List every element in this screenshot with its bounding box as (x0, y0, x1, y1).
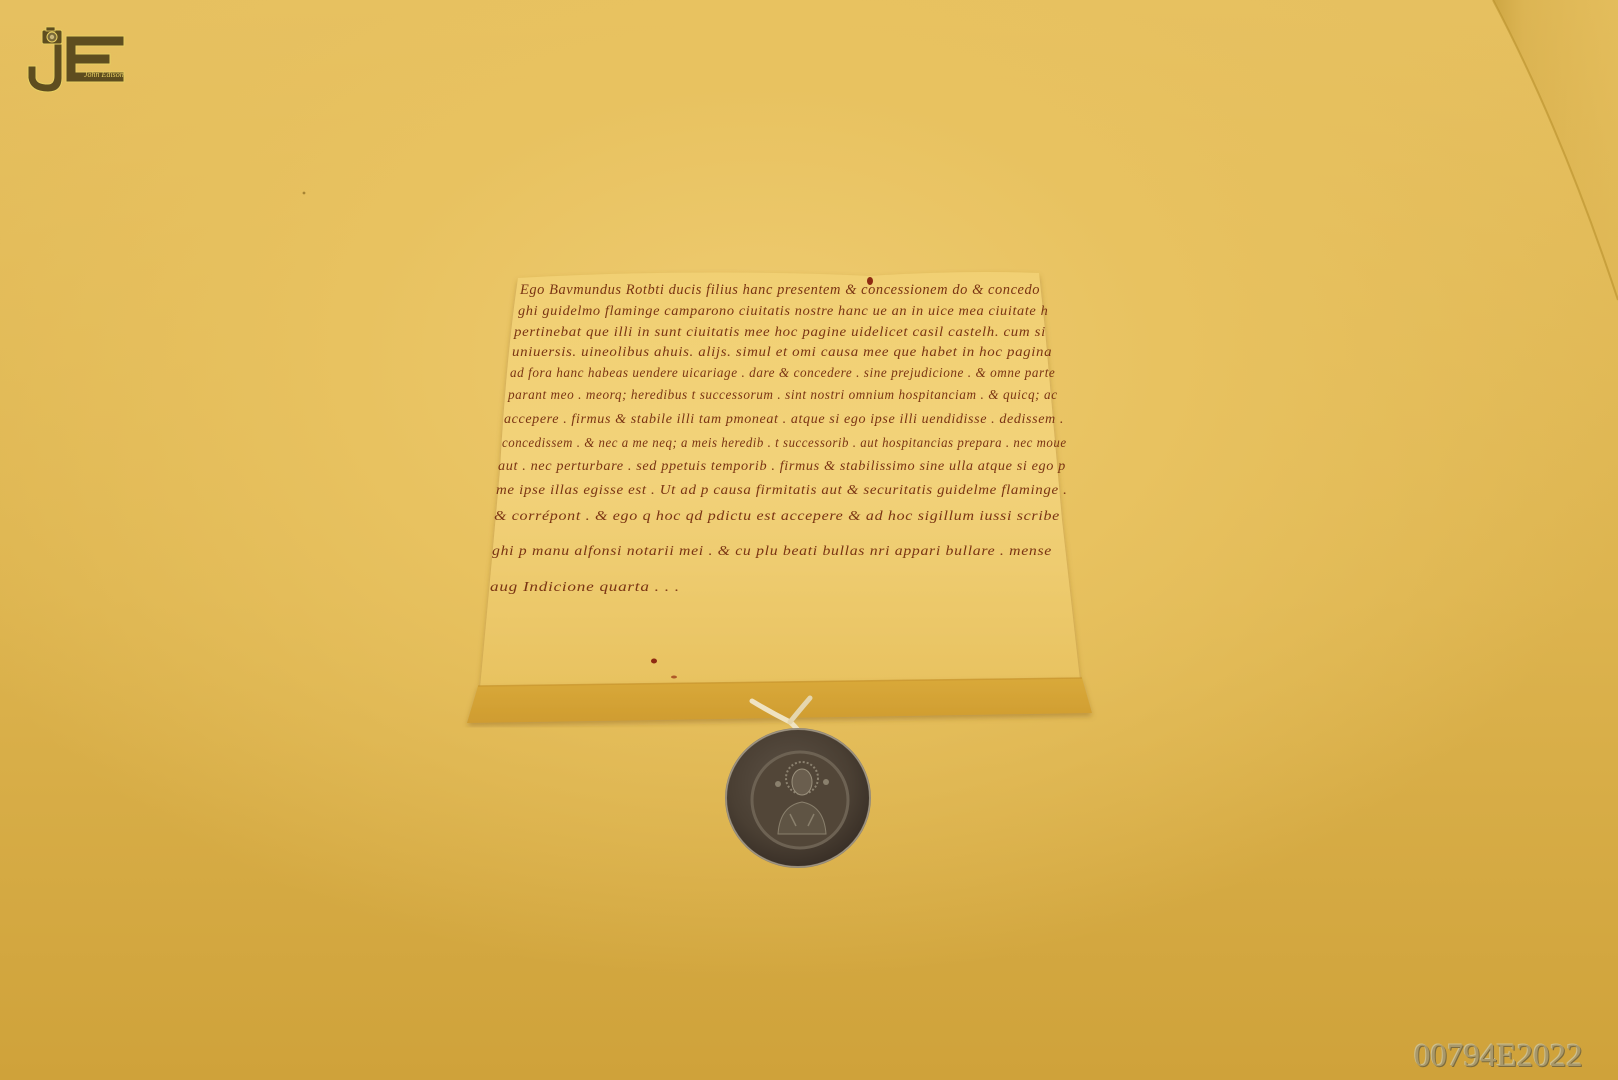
parchment-charter (0, 0, 1618, 1080)
text-line: ad fora hanc habeas uendere uicariage . … (510, 366, 1055, 382)
text-line: uniuersis. uineolibus ahuis. alijs. simu… (512, 345, 1052, 361)
text-line: parant meo . meorq; heredibus t successo… (508, 388, 1058, 404)
text-line: ghi p manu alfonsi notarii mei . & cu pl… (492, 544, 1052, 560)
text-line: ghi guidelmo flaminge camparono ciuitati… (518, 304, 1048, 320)
lead-seal (722, 722, 874, 870)
text-line: concedissem . & nec a me neq; a meis her… (502, 436, 1067, 452)
text-line: Ego Bavmundus Rotbti ducis filius hanc p… (520, 282, 1040, 299)
text-line: pertinebat que illi in sunt ciuitatis me… (514, 325, 1046, 341)
background-fold-shadow (0, 0, 1618, 1080)
text-line: aut . nec perturbare . sed ppetuis tempo… (498, 459, 1066, 475)
photo-id-watermark: 00794E2022 (1414, 1038, 1583, 1075)
logo-subtitle: John Edison (84, 70, 124, 79)
text-line: accepere . firmus & stabile illi tam pmo… (504, 412, 1064, 428)
text-line: aug Indicione quarta . . . (490, 580, 680, 596)
text-line: & corrépont . & ego q hoc qd pdictu est … (494, 509, 1060, 525)
photographer-logo: John Edison (26, 26, 130, 98)
text-line: me ipse illas egisse est . Ut ad p causa… (496, 483, 1067, 499)
je-monogram-icon (26, 26, 130, 98)
